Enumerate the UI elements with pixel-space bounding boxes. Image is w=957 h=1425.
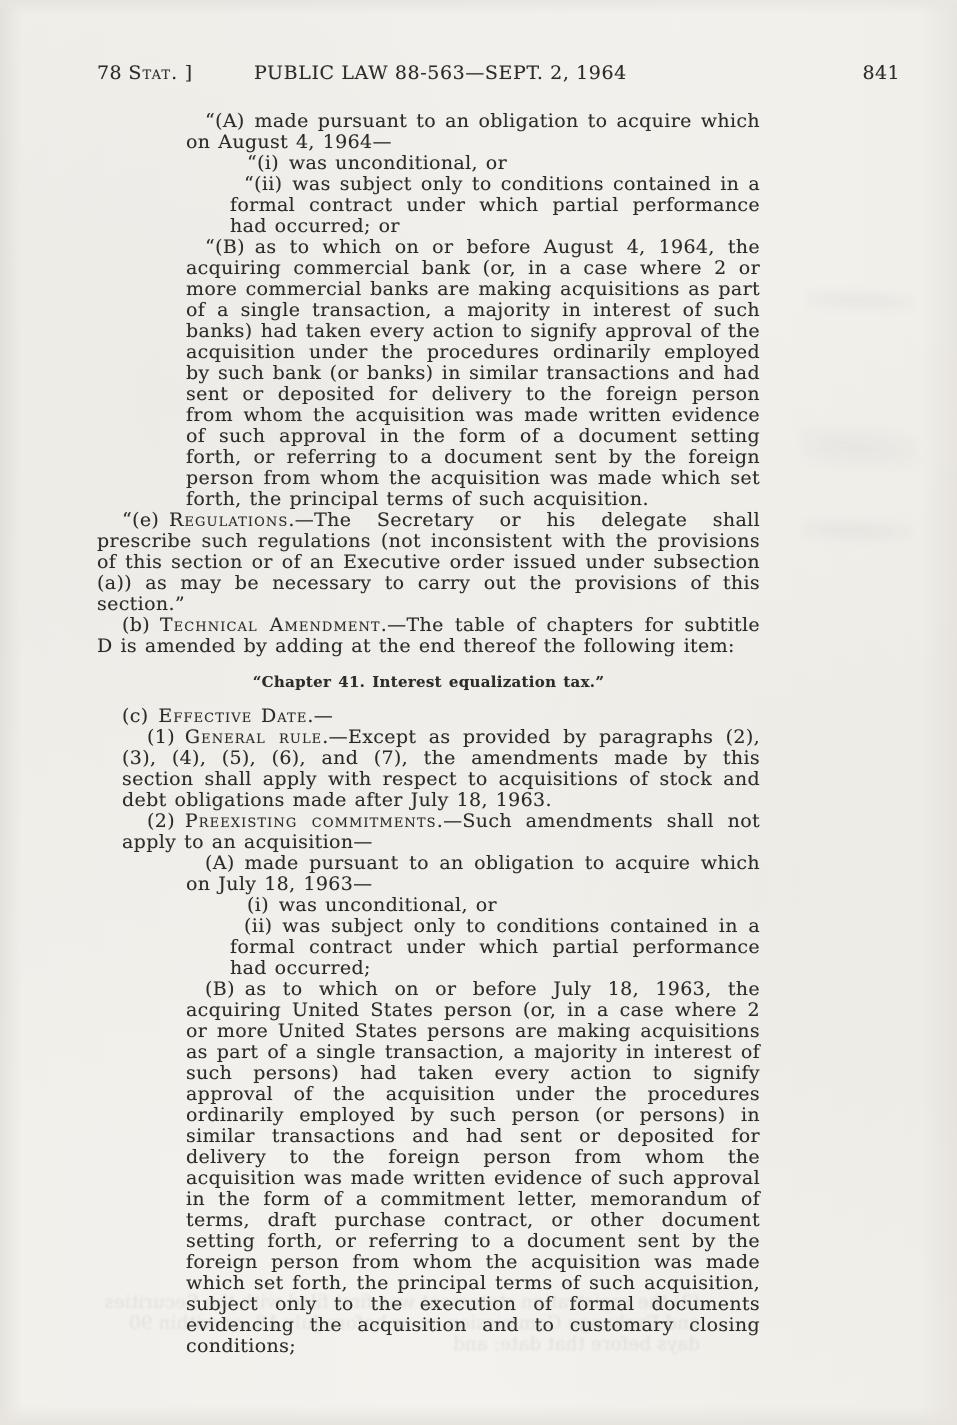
document-page: 78 Stat. ] PUBLIC LAW 88-563—SEPT. 2, 19… [0, 0, 957, 1425]
subsection-b-technical-amendment: (b) Technical Amendment.—The table of ch… [97, 615, 760, 657]
margin-bleedthrough-smudge [806, 288, 916, 314]
subsection-c-effective-date: (c) Effective Date.— [97, 706, 760, 727]
clause-B-united-states-person: (B) as to which on or before July 18, 19… [97, 979, 760, 1357]
subsection-e-regulations: “(e) Regulations.—The Secretary or his d… [97, 510, 760, 615]
clause-ii-formal-contract-2: (ii) was subject only to conditions cont… [97, 916, 760, 979]
page-header: 78 Stat. ] PUBLIC LAW 88-563—SEPT. 2, 19… [97, 62, 900, 88]
statute-text-column: “(A) made pursuant to an obligation to a… [97, 111, 760, 1357]
margin-bleedthrough-smudge [800, 424, 920, 472]
statutes-volume-label: 78 Stat. ] [97, 62, 193, 84]
margin-bleedthrough-smudge [802, 518, 914, 544]
clause-A-july: (A) made pursuant to an obligation to ac… [97, 853, 760, 895]
clause-ii-formal-contract: “(ii) was subject only to conditions con… [97, 174, 760, 237]
running-title: PUBLIC LAW 88-563—SEPT. 2, 1964 [254, 62, 627, 84]
paragraph-1-general-rule: (1) General rule.—Except as provided by … [97, 727, 760, 811]
clause-A-august: “(A) made pursuant to an obligation to a… [97, 111, 760, 153]
clause-B-commercial-bank: “(B) as to which on or before August 4, … [97, 237, 760, 510]
clause-i-unconditional-2: (i) was unconditional, or [97, 895, 760, 916]
table-of-chapters-item: “Chapter 41. Interest equalization tax.” [97, 672, 760, 693]
page-number: 841 [863, 62, 900, 84]
paragraph-2-preexisting-commitments: (2) Preexisting commitments.—Such amendm… [97, 811, 760, 853]
clause-i-unconditional: “(i) was unconditional, or [97, 153, 760, 174]
